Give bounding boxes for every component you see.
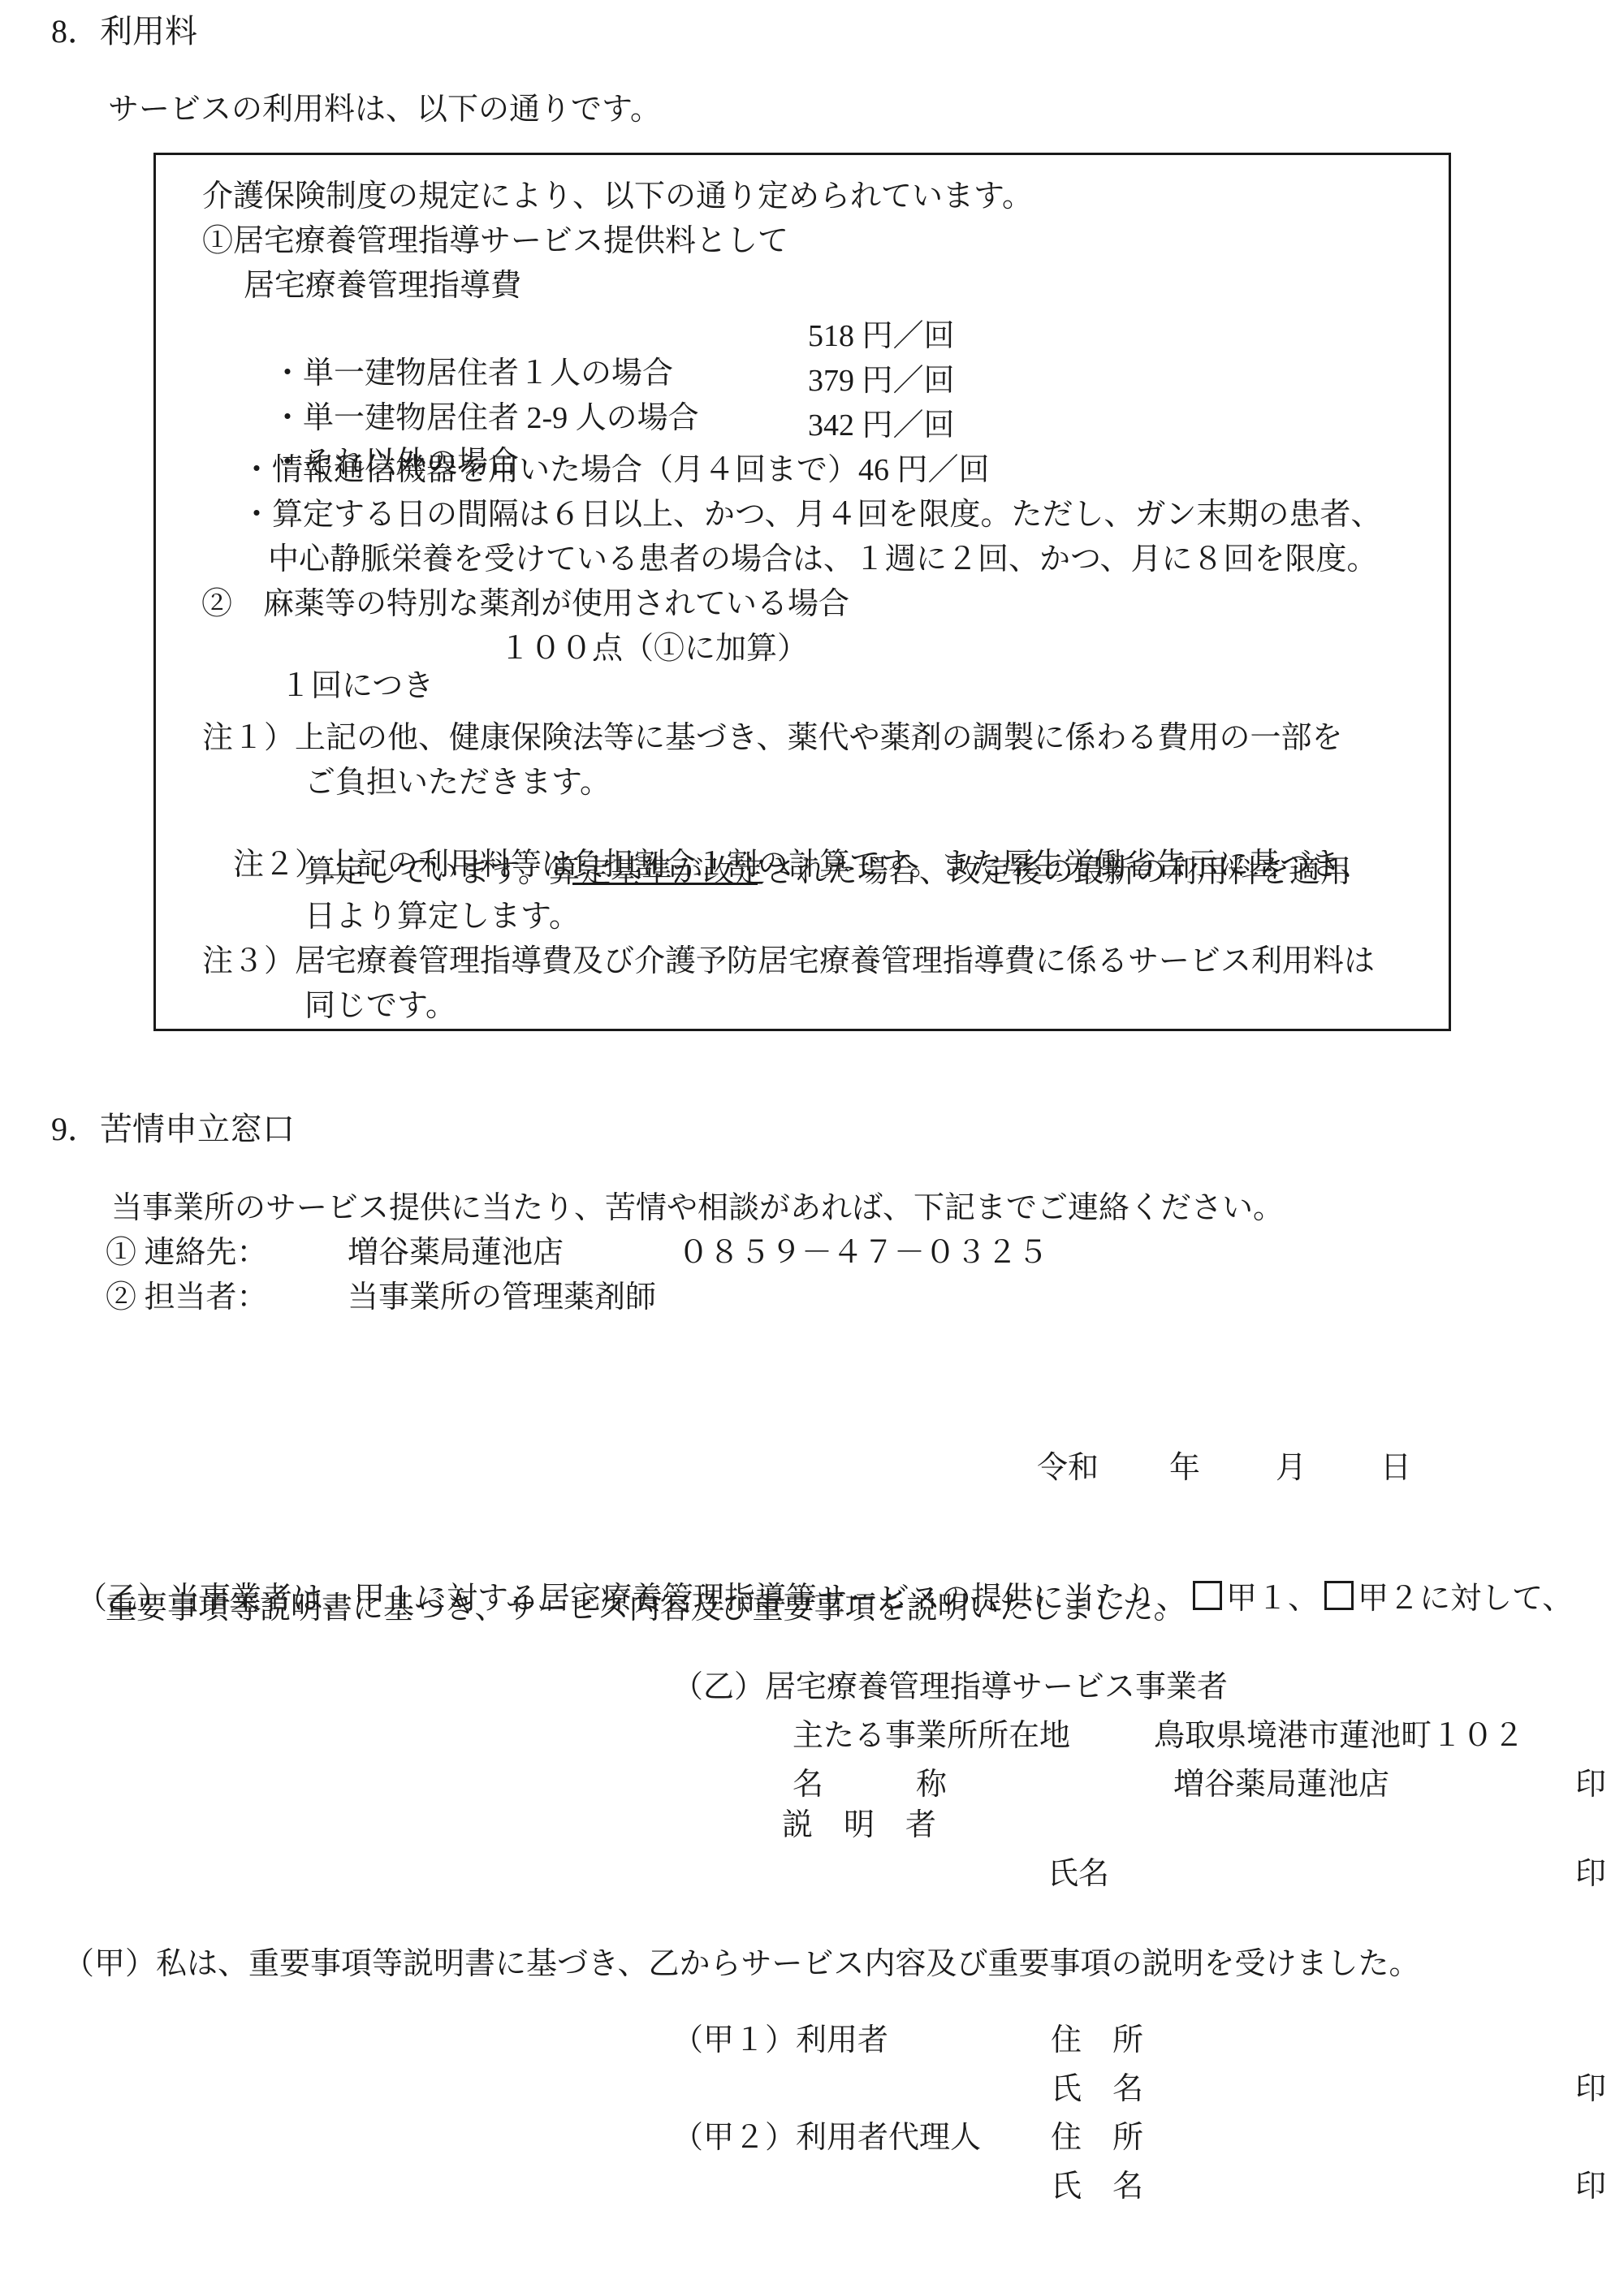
checkbox-kou1-label: 甲１	[1226, 1582, 1288, 1616]
kou1-label: （甲１）利用者	[672, 2022, 888, 2061]
note3-line1: 注３）居宅療養管理指導費及び介護予防居宅療養管理指導費に係るサービス利用料は	[202, 943, 1375, 981]
kou2-name-label: 氏 名	[1051, 2168, 1143, 2207]
kou2-address-label: 住 所	[1051, 2119, 1143, 2158]
manager-row: ② 担当者： 当事業所の管理薬剤師	[0, 1279, 1624, 1395]
kou2-name-row: 氏 名 印	[0, 2168, 1624, 2284]
fee-item2-heading: ② 麻薬等の特別な薬剤が使用されている場合	[201, 586, 849, 624]
fee-item1-heading: ①居宅療養管理指導サービス提供料として	[202, 223, 788, 261]
seal-label: 印	[1575, 1766, 1606, 1805]
kou1-address-label: 住 所	[1051, 2022, 1143, 2061]
note2-line2: 算定しています。算定基準が改定された場合、改定後の最新の利用料を適用	[304, 854, 1351, 892]
note1-line2: ご負担いただきます。	[304, 765, 611, 802]
fee-limit-line2: 中心静脈栄養を受けている患者の場合は、１週に２回、かつ、月に８回を限度。	[268, 542, 1377, 579]
section9-heading: 9．苦情申立窓口	[51, 1109, 295, 1150]
fee-limit-line1: ・算定する日の間隔は６日以上、かつ、月４回を限度。ただし、ガン末期の患者、	[241, 497, 1381, 534]
date-day-suffix: 日	[1380, 1449, 1411, 1488]
note2-line3: 日より算定します。	[304, 899, 580, 936]
otsu-address-label: 主たる事業所所在地	[793, 1717, 1070, 1756]
fee-telecom-line: ・情報通信機器を用いた場合（月４回まで）46 円／回	[241, 452, 990, 490]
contact-name: 増谷薬局蓮池店	[348, 1234, 564, 1273]
note1-line1: 注１）上記の他、健康保険法等に基づき、薬代や薬剤の調製に係わる費用の一部を	[202, 720, 1342, 758]
otsu-statement-post: に対して、	[1419, 1582, 1573, 1616]
kou2-label: （甲２）利用者代理人	[672, 2119, 981, 2158]
contact-label: ① 連絡先：	[106, 1234, 268, 1273]
otsu-name-value: 増谷薬局蓮池店	[1173, 1766, 1389, 1805]
checkbox-kou1-icon	[1193, 1581, 1222, 1610]
otsu-separator: 、	[1288, 1582, 1319, 1616]
otsu-address-value: 鳥取県境港市蓮池町１０２	[1154, 1717, 1524, 1756]
fee-item-price: 518 円／回	[808, 318, 955, 356]
date-month-suffix: 月	[1276, 1449, 1307, 1488]
otsu-name-label: 名 称	[793, 1766, 947, 1805]
seal-label: 印	[1575, 1855, 1606, 1894]
fee-item2-label: １回につき	[280, 669, 434, 703]
fee-subheading: 居宅療養管理指導費	[244, 268, 521, 305]
seal-label: 印	[1575, 2070, 1606, 2109]
otsu-statement-line2: 重要事項等説明書に基づき、サービス内容及び重要事項を説明いたしました。	[106, 1590, 1184, 1629]
checkbox-kou2-label: 甲２	[1358, 1582, 1419, 1616]
fee-box-intro: 介護保険制度の規定により、以下の通り定められています。	[202, 179, 1033, 216]
fee-item-price: 342 円／回	[808, 408, 955, 445]
kou-statement: （甲）私は、重要事項等説明書に基づき、乙からサービス内容及び重要事項の説明を受け…	[63, 1945, 1420, 1984]
manager-label: ② 担当者：	[106, 1279, 268, 1318]
fee-item-price: 379 円／回	[808, 363, 955, 400]
contact-phone: ０８５９－４７－０３２５	[678, 1234, 1048, 1273]
date-era: 令和	[1037, 1449, 1099, 1488]
otsu-block-title: （乙）居宅療養管理指導サービス事業者	[672, 1669, 1228, 1708]
kou1-name-label: 氏 名	[1051, 2070, 1143, 2109]
fee-box: 介護保険制度の規定により、以下の通り定められています。 ①居宅療養管理指導サービ…	[153, 153, 1451, 1031]
otsu-explainer-label: 説 明 者	[782, 1807, 936, 1846]
seal-label: 印	[1575, 2168, 1606, 2207]
note3-line2: 同じです。	[304, 988, 456, 1025]
section8-intro: サービスの利用料は、以下の通りです。	[108, 91, 661, 130]
checkbox-kou2-icon	[1324, 1581, 1354, 1610]
fee-item2-value: １００点（①に加算）	[499, 631, 808, 668]
manager-value: 当事業所の管理薬剤師	[348, 1279, 656, 1318]
date-year-suffix: 年	[1169, 1449, 1200, 1488]
section9-intro: 当事業所のサービス提供に当たり、苦情や相談があれば、下記までご連絡ください。	[111, 1189, 1284, 1228]
otsu-fullname-label: 氏名	[1047, 1855, 1109, 1894]
section8-heading: 8．利用料	[51, 11, 197, 52]
page: { "section8": { "heading": "8．利用料", "int…	[0, 0, 1624, 2228]
